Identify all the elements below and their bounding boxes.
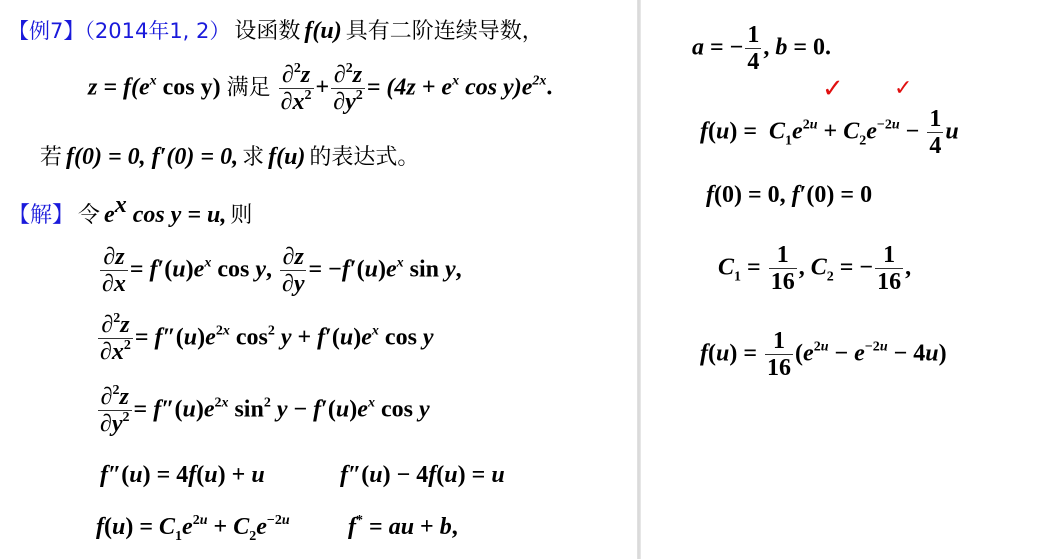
solution-label: 【解】	[8, 203, 74, 228]
check-icon: ✓	[894, 76, 912, 101]
check-icon: ✓	[822, 74, 844, 104]
solution-heading: 【解】 令 ex cos y = u, 则	[8, 198, 252, 229]
solution-step-ode-rearranged: f″(u) − 4f(u) = u	[340, 462, 505, 489]
problem-condition: 若 f(0) = 0, f′(0) = 0, 求 f(u) 的表达式。	[40, 140, 419, 171]
solution-step-second-derivative-x: ∂2z∂x2= f″(u)e2x cos2 y + f′(u)ex cos y	[96, 312, 434, 366]
problem-intro: 设函数	[234, 19, 300, 44]
general-solution-full: f(u) = C1e2u + C2e−2u − 14u	[700, 106, 959, 160]
problem-heading: 【例7】（2014年1, 2） 设函数 f(u) 具有二阶连续导数，	[8, 14, 544, 45]
initial-conditions: f(0) = 0, f′(0) = 0	[706, 182, 872, 209]
final-answer: f(u) = 116(e2u − e−2u − 4u)	[700, 328, 947, 382]
d2z-dx2: ∂2z∂x2	[279, 62, 314, 116]
problem-source: （2014年1, 2）	[84, 19, 230, 43]
function-name: f(u)	[304, 18, 341, 44]
solution-step-general-solution: f(u) = C1e2u + C2e−2u	[96, 514, 290, 541]
coefficients-ab: a = −14, b = 0.	[692, 22, 831, 76]
panel-divider	[637, 0, 641, 559]
problem-equation: z = f(ex cos y) 满足 ∂2z∂x2+∂2z∂y2= (4z + …	[88, 62, 552, 116]
problem-intro-tail: 具有二阶连续导数，	[346, 19, 544, 44]
d2z-dy2: ∂2z∂y2	[331, 62, 365, 116]
solution-step-particular-form: f* = au + b,	[348, 514, 458, 541]
example-label: 【例7】	[8, 19, 84, 43]
solution-step-first-derivatives: ∂z∂x= f′(u)ex cos y, ∂z∂y= −f′(u)ex sin …	[98, 244, 462, 298]
solution-step-ode: f″(u) = 4f(u) + u	[100, 462, 265, 489]
solution-step-second-derivative-y: ∂2z∂y2= f″(u)e2x sin2 y − f′(u)ex cos y	[96, 384, 430, 438]
constants-c1-c2: C1 = 116, C2 = −116,	[718, 242, 911, 296]
